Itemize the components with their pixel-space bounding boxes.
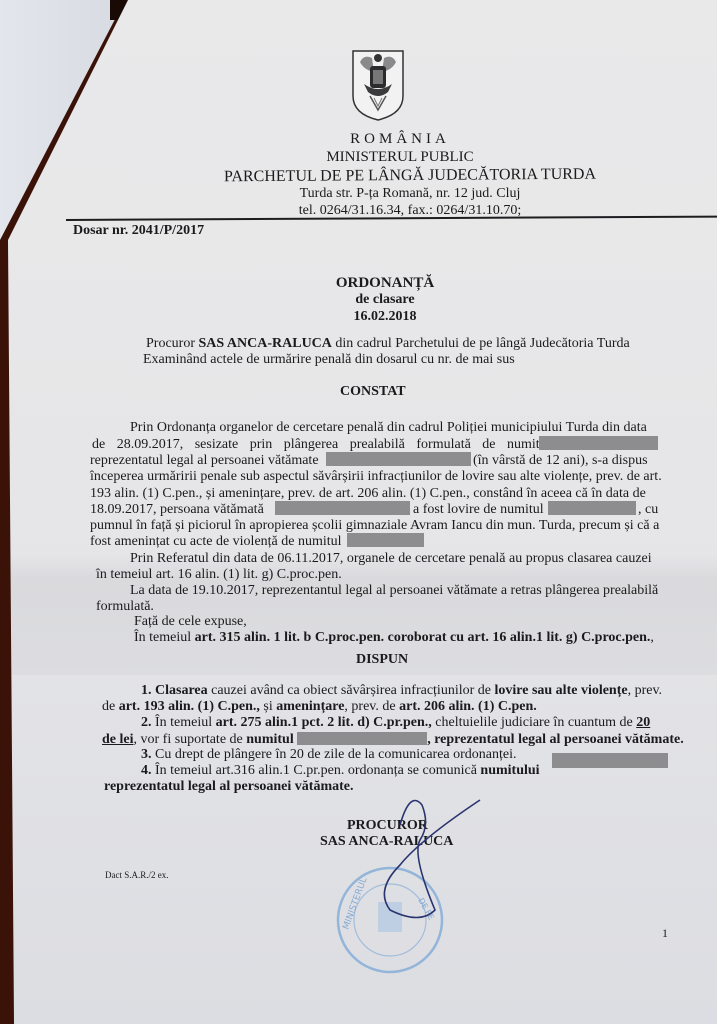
dispun-heading: DISPUN bbox=[356, 652, 408, 668]
prosecutor-name: SAS ANCA-RALUCA bbox=[199, 336, 332, 351]
dispun-item-1: 1. Clasarea cauzei având ca obiect săvâr… bbox=[141, 684, 662, 698]
document-content: ROMÂNIA MINISTERUL PUBLIC PARCHETUL DE P… bbox=[0, 0, 717, 1024]
header-country: ROMÂNIA bbox=[150, 132, 650, 147]
redaction-bar bbox=[275, 501, 410, 515]
constat-line: Față de cele expuse, bbox=[134, 615, 247, 629]
constat-line: , cu bbox=[638, 503, 658, 517]
constat-line: fost amenințat cu acte de violență de nu… bbox=[90, 535, 342, 549]
constat-line: Prin Ordonanța organelor de cercetare pe… bbox=[130, 421, 647, 435]
document-subtitle: de clasare bbox=[200, 292, 570, 308]
constat-line: (în vârstă de 12 ani), s-a dispus bbox=[473, 454, 648, 468]
constat-line: în temeiul art. 16 alin. (1) lit. g) C.p… bbox=[96, 568, 342, 582]
constat-line: reprezentatul legal al persoanei vătămat… bbox=[90, 454, 319, 468]
handwritten-signature-icon bbox=[360, 785, 520, 945]
constat-line: începerea urmăririi penale sub aspectul … bbox=[90, 470, 662, 484]
constat-line: 18.09.2017, persoana vătămată bbox=[90, 503, 264, 517]
redaction-bar bbox=[552, 753, 668, 768]
constat-line: La data de 19.10.2017, reprezentantul le… bbox=[130, 584, 658, 598]
dispun-item-4: 4. În temeiul art.316 alin.1 C.pr.pen. o… bbox=[141, 764, 540, 778]
constat-line: formulată. bbox=[96, 600, 154, 614]
header-office: PARCHETUL DE PE LÂNGĂ JUDECĂTORIA TURDA bbox=[120, 166, 700, 186]
intro-line-2: Examinând actele de urmărire penală din … bbox=[143, 353, 515, 367]
redaction-bar bbox=[297, 732, 427, 745]
dispun-item-2: 2. În temeiul art. 275 alin.1 pct. 2 lit… bbox=[141, 716, 650, 730]
constat-line: pumnul în față și piciorul în apropierea… bbox=[90, 519, 659, 533]
document-type: ORDONANȚĂ bbox=[200, 275, 570, 292]
document-date: 16.02.2018 bbox=[200, 309, 570, 325]
legal-basis: În temeiul art. 315 alin. 1 lit. b C.pro… bbox=[134, 631, 654, 645]
header-address: Turda str. P-ța Romană, nr. 12 jud. Cluj bbox=[160, 187, 660, 201]
intro-line-1: Procuror SAS ANCA-RALUCA din cadrul Parc… bbox=[146, 337, 630, 351]
redaction-bar bbox=[548, 501, 636, 515]
header-ministry: MINISTERUL PUBLIC bbox=[150, 150, 650, 165]
dispun-item-1-cont: de art. 193 alin. (1) C.pen., și ameninț… bbox=[102, 700, 537, 714]
case-number: Dosar nr. 2041/P/2017 bbox=[73, 223, 204, 239]
constat-line: a fost lovire de numitul bbox=[413, 503, 544, 517]
page-number: 1 bbox=[662, 926, 668, 941]
constat-line: 193 alin. (1) C.pen., și amenințare, pre… bbox=[90, 487, 646, 501]
constat-heading: CONSTAT bbox=[340, 384, 406, 400]
redaction-bar bbox=[347, 533, 424, 547]
typist-note: Dact S.A.R./2 ex. bbox=[105, 870, 169, 880]
constat-line: de 28.09.2017, sesizate prin plângerea p… bbox=[92, 438, 551, 452]
dispun-item-3: 3. Cu drept de plângere în 20 de zile de… bbox=[141, 748, 517, 762]
romania-coat-of-arms-icon bbox=[350, 48, 406, 122]
dispun-item-2-cont: de lei, vor fi suportate de numitul , re… bbox=[102, 732, 684, 747]
redaction-bar bbox=[539, 436, 658, 450]
redaction-bar bbox=[326, 452, 471, 466]
dispun-item-4-cont: reprezentatul legal al persoanei vătămat… bbox=[104, 780, 353, 794]
constat-line: Prin Referatul din data de 06.11.2017, o… bbox=[130, 552, 652, 566]
